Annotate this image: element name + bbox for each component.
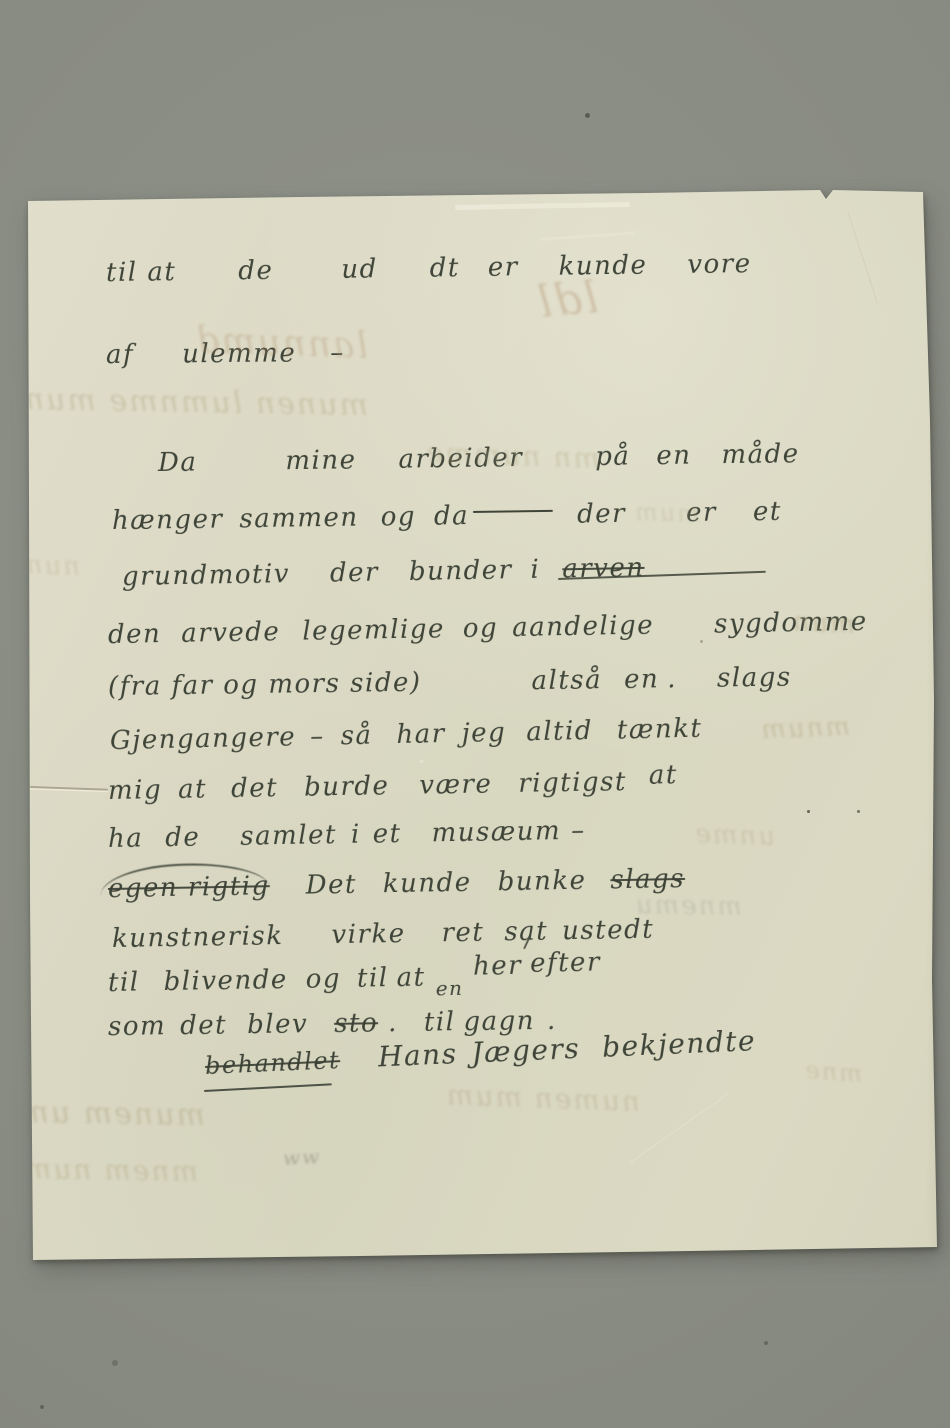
handwritten-word: at	[178, 774, 207, 805]
handwritten-word: –	[571, 816, 586, 846]
handwritten-word: af	[106, 340, 134, 370]
bleedthrough-mark: num	[15, 550, 80, 582]
handwritten-word: til	[357, 963, 389, 994]
handwritten-word: musæum	[431, 816, 561, 848]
bleedthrough-mark: mne	[803, 1056, 863, 1088]
handwritten-word: det	[231, 773, 279, 804]
bleedthrough-mark: mum	[633, 498, 701, 528]
handwritten-word: gagn	[463, 1006, 535, 1037]
handwritten-word: et	[753, 497, 782, 527]
handwritten-word: et	[372, 819, 401, 849]
dust-speck	[700, 640, 703, 643]
handwritten-word: er	[488, 252, 519, 282]
struck-word: arven	[562, 553, 645, 584]
handwritten-word: så	[340, 721, 372, 752]
dust-speck	[857, 810, 860, 813]
handwritten-word: til	[424, 1007, 456, 1037]
handwritten-word: ha	[108, 823, 144, 854]
handwritten-word: sammen	[239, 503, 359, 535]
handwritten-word: der	[577, 499, 626, 530]
dust-speck	[585, 113, 590, 118]
bleedthrough-mark: mnemu	[634, 890, 743, 922]
handwritten-word: Da	[158, 447, 198, 478]
handwritten-word: og	[463, 613, 499, 644]
bleedthrough-mark: mnum	[759, 712, 851, 745]
paper-shadow-wrap: til atdeuddterkundevoreafulemme–Daminear…	[0, 0, 950, 1428]
handwritten-word: at	[396, 962, 425, 993]
bleedthrough-mark: mun	[790, 607, 856, 640]
handwritten-word: en	[624, 664, 660, 694]
handwritten-word: som	[108, 1011, 167, 1042]
handwritten-word: at	[649, 760, 678, 791]
struck-word: sto	[334, 1008, 378, 1039]
handwritten-word: kunde	[383, 868, 472, 900]
handwritten-word: ud	[341, 254, 378, 285]
handwritten-word: bekjendte	[601, 1024, 756, 1064]
bleedthrough-mark: mnem num lum	[0, 1151, 198, 1188]
handwritten-word: Jægers	[471, 1032, 581, 1070]
handwritten-word: blivende	[163, 965, 288, 997]
dust-speck	[807, 810, 810, 813]
handwritten-word: altid	[526, 716, 593, 747]
handwritten-word: .	[667, 664, 677, 694]
handwritten-word: da	[434, 501, 470, 531]
handwritten-word: Gjengangere	[110, 722, 297, 756]
handwritten-word: en	[656, 441, 692, 471]
handwritten-word: være	[419, 769, 492, 800]
handwritten-word: hænger	[112, 504, 224, 536]
handwritten-word: .	[388, 1008, 398, 1038]
handwritten-word: den	[108, 619, 162, 650]
bleedthrough-mark: unme	[693, 819, 776, 852]
handwritten-word: –	[310, 722, 325, 752]
bleedthrough-mark: munen lumnme mum	[13, 382, 368, 423]
handwritten-word: mig	[108, 775, 163, 806]
struck-word: behandlet	[204, 1046, 340, 1080]
handwritten-word: de	[165, 822, 201, 853]
handwritten-word: i	[530, 555, 540, 585]
handwritten-word: til	[108, 967, 140, 998]
handwritten-word: virke	[331, 919, 406, 950]
handwritten-word: blev	[247, 1009, 308, 1040]
handwritten-word: burde	[304, 771, 390, 802]
handwritten-word: måde	[721, 439, 800, 470]
handwritten-word: altså	[531, 665, 602, 696]
handwritten-word: en	[435, 976, 463, 1000]
bleedthrough-mark: lannumd	[194, 320, 369, 367]
photo-backdrop: til atdeuddterkundevoreafulemme–Daminear…	[0, 0, 950, 1428]
handwritten-word: Det	[305, 870, 357, 901]
handwritten-word: ret	[441, 918, 484, 949]
handwritten-word: efter	[530, 947, 601, 978]
bleedthrough-mark: ldl	[534, 272, 601, 328]
handwritten-word: grundmotiv	[122, 559, 290, 592]
handwritten-word: slags	[717, 662, 792, 693]
handwritten-word: rigtigst	[518, 767, 627, 799]
handwritten-word: jeg	[461, 718, 506, 749]
dust-speck	[112, 1360, 118, 1366]
handwritten-word: legemlige	[302, 614, 445, 646]
handwritten-word: .	[547, 1006, 557, 1036]
bleedthrough-mark: mn numme	[424, 436, 600, 475]
handwritten-word: dt	[429, 253, 460, 283]
handwritten-word: aandelige	[512, 610, 654, 642]
handwritten-word: i	[351, 820, 361, 850]
handwritten-word: har	[396, 719, 446, 750]
handwritten-word: vore	[687, 249, 752, 280]
handwritten-word: bunder	[409, 555, 513, 587]
bleedthrough-mark: numen mum	[444, 1078, 640, 1118]
manuscript-paper-sheet: til atdeuddterkundevoreafulemme–Daminear…	[0, 0, 950, 1428]
handwritten-word: det	[180, 1010, 227, 1041]
handwritten-word: mine	[285, 445, 357, 476]
bleedthrough-mark: ww	[282, 1144, 321, 1170]
handwritten-word: samlet	[240, 820, 337, 852]
dust-speck	[420, 760, 423, 763]
handwritten-word: til at	[106, 257, 177, 288]
handwritten-word: tænkt	[617, 714, 703, 746]
handwritten-word: kunstnerisk	[112, 921, 284, 954]
handwritten-word: Hans	[377, 1037, 458, 1073]
handwritten-word: og	[380, 502, 416, 532]
handwritten-word: her	[473, 951, 523, 982]
dust-speck	[40, 1405, 44, 1409]
pen-dash	[473, 510, 553, 513]
handwritten-word: og	[305, 964, 341, 995]
handwritten-word: de	[238, 256, 273, 286]
dust-speck	[764, 1341, 768, 1345]
handwritten-word: der	[330, 558, 379, 589]
handwritten-word: arvede	[181, 617, 281, 649]
handwritten-word: (fra far og mors side)	[108, 668, 422, 702]
handwritten-word: bunke	[497, 866, 586, 898]
